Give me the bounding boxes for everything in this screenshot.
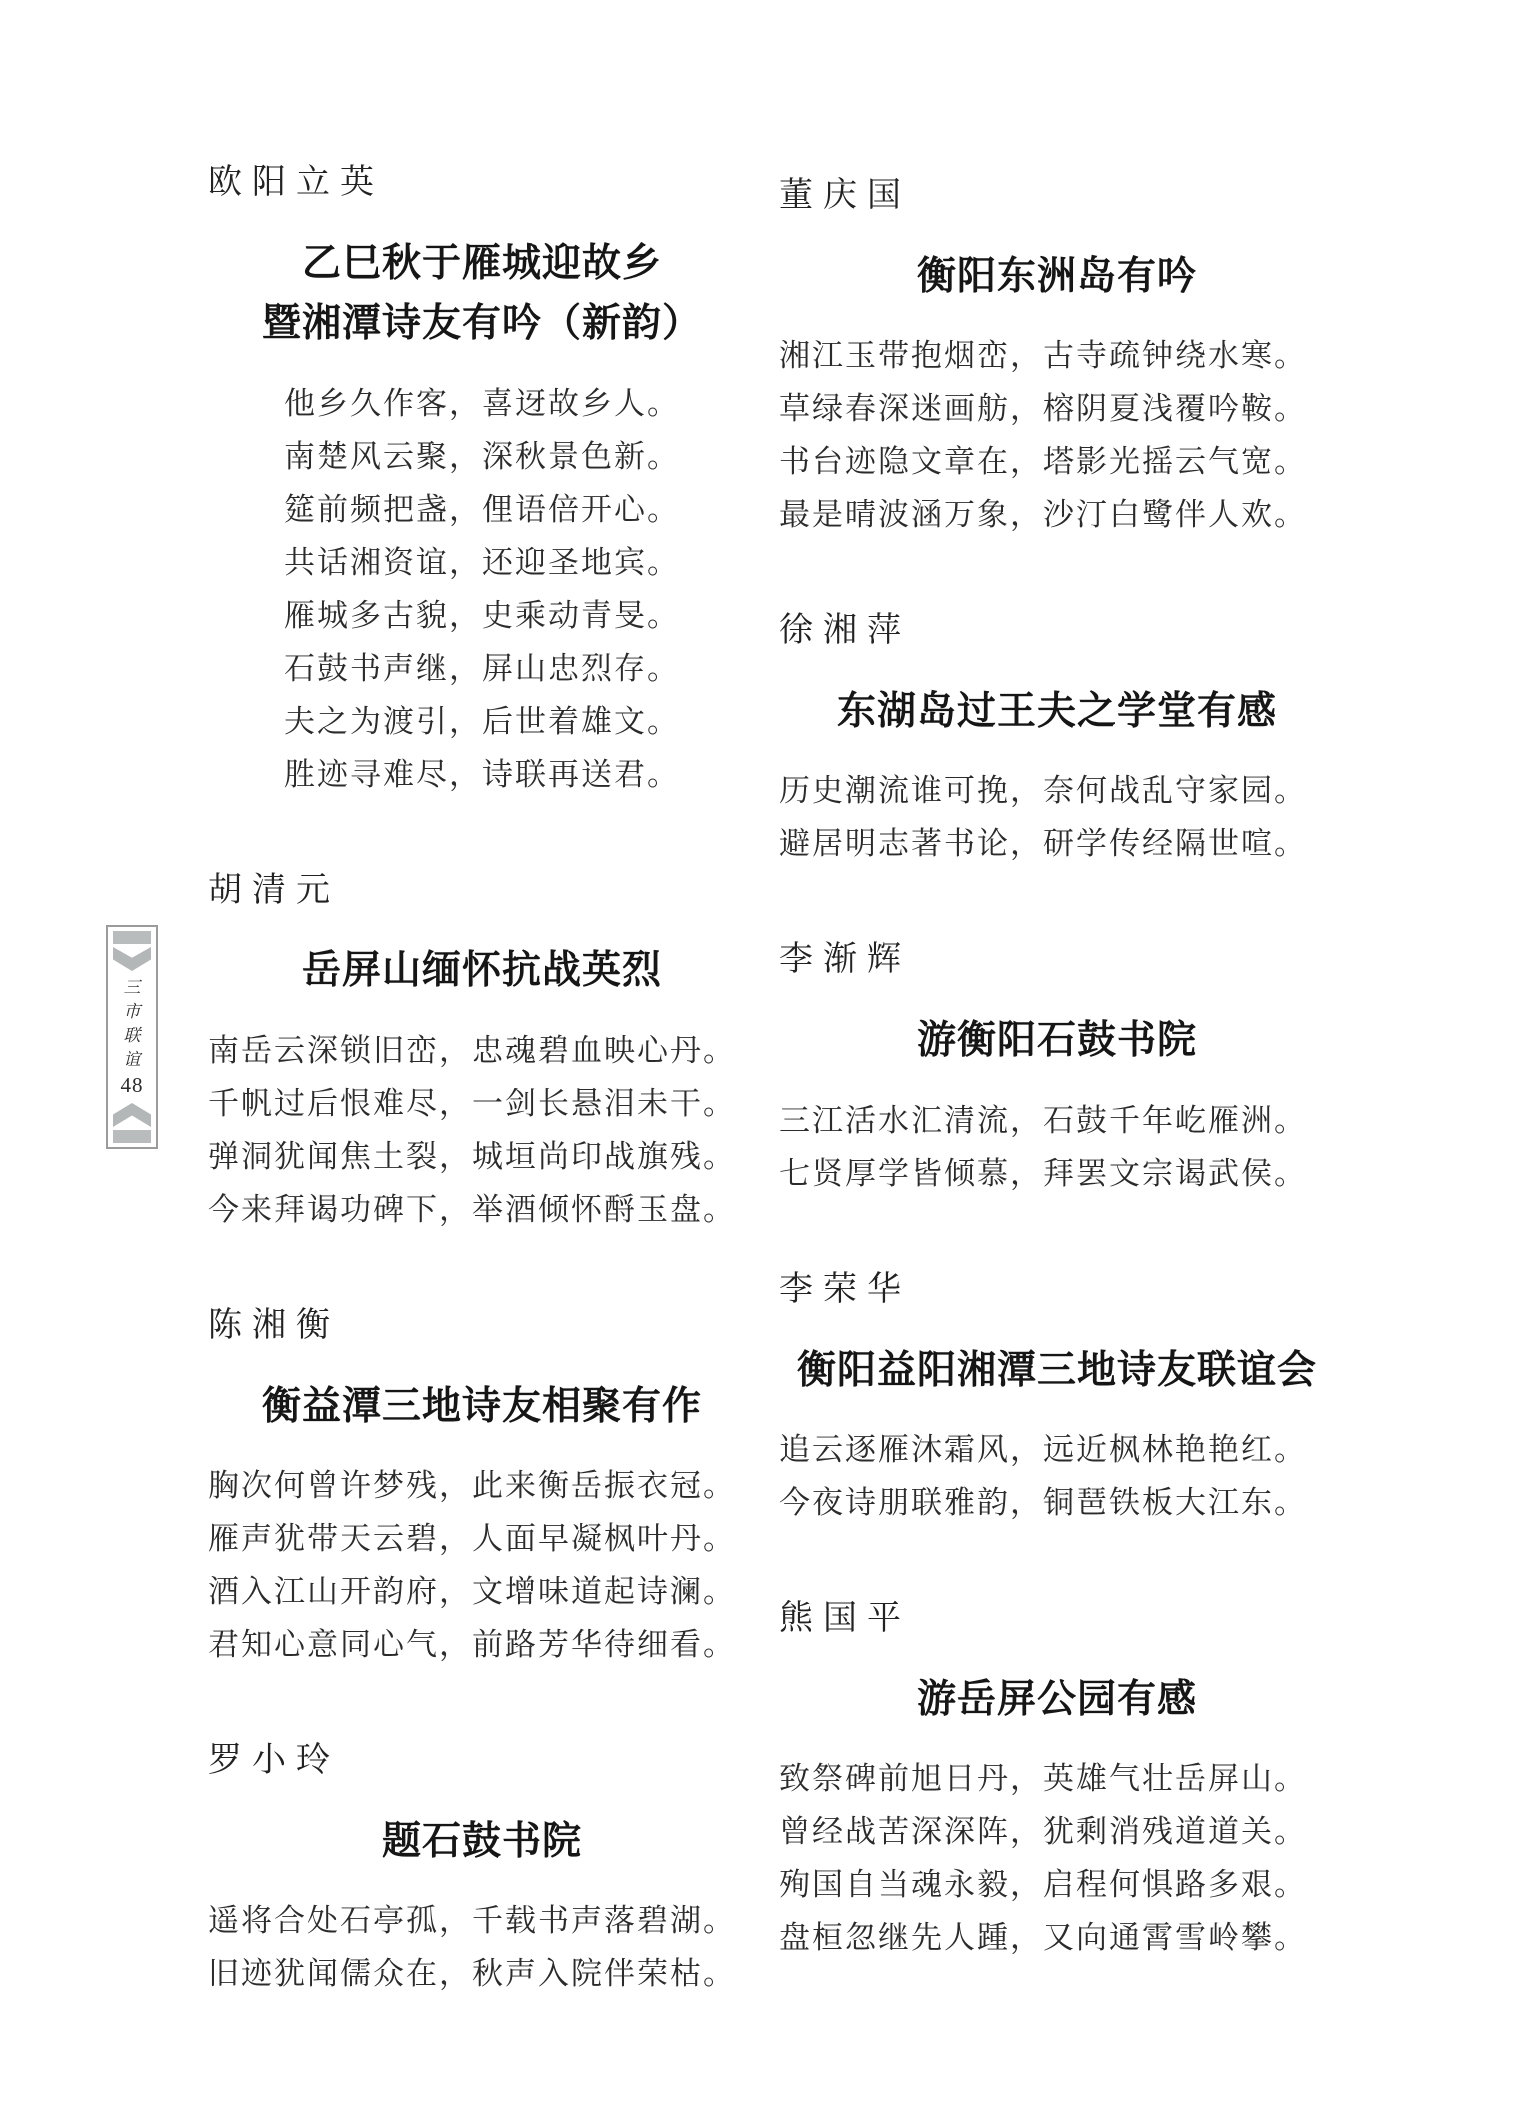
verse-line: 书台迹隐文章在，塔影光摇云气宽。 bbox=[779, 435, 1335, 488]
poem-title-line: 游衡阳石鼓书院 bbox=[779, 1011, 1335, 1071]
verse-line: 雁声犹带天云碧，人面早凝枫叶丹。 bbox=[208, 1512, 756, 1565]
poem: 陈湘衡 衡益潭三地诗友相聚有作 胸次何曾许梦残，此来衡岳振衣冠。雁声犹带天云碧，… bbox=[208, 1306, 756, 1671]
verse-line: 夫之为渡引，后世着雄文。 bbox=[284, 695, 756, 748]
poem-verse: 南岳云深锁旧峦，忠魂碧血映心丹。千帆过后恨难尽，一剑长悬泪未干。弹洞犹闻焦土裂，… bbox=[208, 1024, 756, 1236]
marker-label: 三市联谊 bbox=[124, 979, 141, 1068]
verse-line: 草绿春深迷画舫，榕阴夏浅覆吟鞍。 bbox=[779, 382, 1335, 435]
poem-title-line: 暨湘潭诗友有吟（新韵） bbox=[208, 294, 756, 354]
poem-verse: 他乡久作客，喜迓故乡人。南楚风云聚，深秋景色新。筵前频把盏，俚语倍开心。共话湘资… bbox=[208, 377, 756, 801]
verse-line: 追云逐雁沐霜风，远近枫林艳艳红。 bbox=[779, 1423, 1335, 1476]
poem-verse: 三江活水汇清流，石鼓千年屹雁洲。七贤厚学皆倾慕，拜罢文宗谒武侯。 bbox=[779, 1094, 1335, 1200]
poem-verse: 历史潮流谁可挽，奈何战乱守家园。避居明志著书论，研学传经隔世喧。 bbox=[779, 764, 1335, 870]
verse-line: 南楚风云聚，深秋景色新。 bbox=[284, 430, 756, 483]
column-left: 欧阳立英 乙巳秋于雁城迎故乡暨湘潭诗友有吟（新韵） 他乡久作客，喜迓故乡人。南楚… bbox=[208, 0, 756, 2000]
poem-verse: 胸次何曾许梦残，此来衡岳振衣冠。雁声犹带天云碧，人面早凝枫叶丹。酒入江山开韵府，… bbox=[208, 1459, 756, 1671]
poem-title: 游岳屏公园有感 bbox=[779, 1670, 1335, 1730]
poem-title: 岳屏山缅怀抗战英烈 bbox=[208, 941, 756, 1001]
poem-title-line: 衡阳东洲岛有吟 bbox=[779, 247, 1335, 307]
verse-line: 今夜诗朋联雅韵，铜琶铁板大江东。 bbox=[779, 1476, 1335, 1529]
poem-title: 衡益潭三地诗友相聚有作 bbox=[208, 1377, 756, 1437]
verse-line: 三江活水汇清流，石鼓千年屹雁洲。 bbox=[779, 1094, 1335, 1147]
marker-label-char: 三 bbox=[124, 979, 141, 996]
ribbon-chevron-up-icon bbox=[113, 1103, 151, 1127]
verse-line: 历史潮流谁可挽，奈何战乱守家园。 bbox=[779, 764, 1335, 817]
ribbon-chevron-down-icon bbox=[113, 947, 151, 971]
poem-title: 衡阳东洲岛有吟 bbox=[779, 247, 1335, 307]
poem-author: 陈湘衡 bbox=[208, 1306, 756, 1347]
poem-title: 衡阳益阳湘潭三地诗友联谊会 bbox=[779, 1341, 1335, 1401]
verse-line: 今来拜谒功碑下，举酒倾怀酹玉盘。 bbox=[208, 1183, 756, 1236]
poem-author: 董庆国 bbox=[779, 176, 1335, 217]
verse-line: 盘桓忽继先人踵，又向通霄雪岭攀。 bbox=[779, 1911, 1335, 1964]
poem-title: 游衡阳石鼓书院 bbox=[779, 1011, 1335, 1071]
poem: 李渐辉 游衡阳石鼓书院 三江活水汇清流，石鼓千年屹雁洲。七贤厚学皆倾慕，拜罢文宗… bbox=[779, 940, 1335, 1199]
poem: 董庆国 衡阳东洲岛有吟 湘江玉带抱烟峦，古寺疏钟绕水寒。草绿春深迷画舫，榕阴夏浅… bbox=[779, 176, 1335, 541]
verse-line: 湘江玉带抱烟峦，古寺疏钟绕水寒。 bbox=[779, 329, 1335, 382]
verse-line: 南岳云深锁旧峦，忠魂碧血映心丹。 bbox=[208, 1024, 756, 1077]
poem-title: 乙巳秋于雁城迎故乡暨湘潭诗友有吟（新韵） bbox=[208, 234, 756, 355]
verse-line: 弹洞犹闻焦土裂，城垣尚印战旗残。 bbox=[208, 1130, 756, 1183]
poem-title-line: 衡阳益阳湘潭三地诗友联谊会 bbox=[779, 1341, 1335, 1401]
verse-line: 致祭碑前旭日丹，英雄气壮岳屏山。 bbox=[779, 1752, 1335, 1805]
verse-line: 千帆过后恨难尽，一剑长悬泪未干。 bbox=[208, 1077, 756, 1130]
poem-title-line: 岳屏山缅怀抗战英烈 bbox=[208, 941, 756, 1001]
poem-title-line: 游岳屏公园有感 bbox=[779, 1670, 1335, 1730]
poem-author: 欧阳立英 bbox=[208, 163, 756, 204]
marker-text: 三市联谊 48 bbox=[111, 973, 153, 1101]
marker-label-char: 联 bbox=[124, 1027, 141, 1044]
poem: 欧阳立英 乙巳秋于雁城迎故乡暨湘潭诗友有吟（新韵） 他乡久作客，喜迓故乡人。南楚… bbox=[208, 163, 756, 801]
poem: 李荣华 衡阳益阳湘潭三地诗友联谊会 追云逐雁沐霜风，远近枫林艳艳红。今夜诗朋联雅… bbox=[779, 1270, 1335, 1529]
page-edge-marker: 三市联谊 48 bbox=[106, 925, 158, 1149]
ribbon-bar-bottom bbox=[113, 1130, 151, 1143]
verse-line: 胸次何曾许梦残，此来衡岳振衣冠。 bbox=[208, 1459, 756, 1512]
verse-line: 旧迹犹闻儒众在，秋声入院伴荣枯。 bbox=[208, 1947, 756, 2000]
verse-line: 酒入江山开韵府，文增味道起诗澜。 bbox=[208, 1565, 756, 1618]
marker-page-number: 48 bbox=[121, 1075, 144, 1096]
ribbon-bar-top bbox=[113, 931, 151, 944]
verse-line: 君知心意同心气，前路芳华待细看。 bbox=[208, 1618, 756, 1671]
poem-author: 胡清元 bbox=[208, 871, 756, 912]
column-right: 董庆国 衡阳东洲岛有吟 湘江玉带抱烟峦，古寺疏钟绕水寒。草绿春深迷画舫，榕阴夏浅… bbox=[779, 0, 1335, 1964]
poem-title: 题石鼓书院 bbox=[208, 1812, 756, 1872]
poem-title: 东湖岛过王夫之学堂有感 bbox=[779, 682, 1335, 742]
verse-line: 他乡久作客，喜迓故乡人。 bbox=[284, 377, 756, 430]
verse-line: 雁城多古貌，史乘动青旻。 bbox=[284, 589, 756, 642]
poem: 徐湘萍 东湖岛过王夫之学堂有感 历史潮流谁可挽，奈何战乱守家园。避居明志著书论，… bbox=[779, 611, 1335, 870]
verse-line: 最是晴波涵万象，沙汀白鹭伴人欢。 bbox=[779, 488, 1335, 541]
poem: 熊国平 游岳屏公园有感 致祭碑前旭日丹，英雄气壮岳屏山。曾经战苦深深阵，犹剩消残… bbox=[779, 1599, 1335, 1964]
poem-verse: 追云逐雁沐霜风，远近枫林艳艳红。今夜诗朋联雅韵，铜琶铁板大江东。 bbox=[779, 1423, 1335, 1529]
verse-line: 石鼓书声继，屏山忠烈存。 bbox=[284, 642, 756, 695]
verse-line: 遥将合处石亭孤，千载书声落碧湖。 bbox=[208, 1894, 756, 1947]
poem-title-line: 乙巳秋于雁城迎故乡 bbox=[208, 234, 756, 294]
verse-line: 共话湘资谊，还迎圣地宾。 bbox=[284, 536, 756, 589]
verse-line: 殉国自当魂永毅，启程何惧路多艰。 bbox=[779, 1858, 1335, 1911]
poem-verse: 致祭碑前旭日丹，英雄气壮岳屏山。曾经战苦深深阵，犹剩消残道道关。殉国自当魂永毅，… bbox=[779, 1752, 1335, 1964]
poem-author: 熊国平 bbox=[779, 1599, 1335, 1640]
poem-title-line: 衡益潭三地诗友相聚有作 bbox=[208, 1377, 756, 1437]
verse-line: 避居明志著书论，研学传经隔世喧。 bbox=[779, 817, 1335, 870]
book-page: 三市联谊 48 欧阳立英 乙巳秋于雁城迎故乡暨湘潭诗友有吟（新韵） 他乡久作客，… bbox=[0, 0, 1525, 2115]
verse-line: 筵前频把盏，俚语倍开心。 bbox=[284, 483, 756, 536]
poem: 胡清元 岳屏山缅怀抗战英烈 南岳云深锁旧峦，忠魂碧血映心丹。千帆过后恨难尽，一剑… bbox=[208, 871, 756, 1236]
poem-author: 罗小玲 bbox=[208, 1741, 756, 1782]
verse-line: 曾经战苦深深阵，犹剩消残道道关。 bbox=[779, 1805, 1335, 1858]
marker-label-char: 谊 bbox=[124, 1051, 141, 1068]
marker-label-char: 市 bbox=[124, 1003, 141, 1020]
poem-title-line: 题石鼓书院 bbox=[208, 1812, 756, 1872]
verse-line: 七贤厚学皆倾慕，拜罢文宗谒武侯。 bbox=[779, 1147, 1335, 1200]
poem-author: 李渐辉 bbox=[779, 940, 1335, 981]
poem: 罗小玲 题石鼓书院 遥将合处石亭孤，千载书声落碧湖。旧迹犹闻儒众在，秋声入院伴荣… bbox=[208, 1741, 756, 2000]
poem-title-line: 东湖岛过王夫之学堂有感 bbox=[779, 682, 1335, 742]
verse-line: 胜迹寻难尽，诗联再送君。 bbox=[284, 748, 756, 801]
poem-author: 徐湘萍 bbox=[779, 611, 1335, 652]
poem-author: 李荣华 bbox=[779, 1270, 1335, 1311]
poem-verse: 湘江玉带抱烟峦，古寺疏钟绕水寒。草绿春深迷画舫，榕阴夏浅覆吟鞍。书台迹隐文章在，… bbox=[779, 329, 1335, 541]
poem-verse: 遥将合处石亭孤，千载书声落碧湖。旧迹犹闻儒众在，秋声入院伴荣枯。 bbox=[208, 1894, 756, 2000]
